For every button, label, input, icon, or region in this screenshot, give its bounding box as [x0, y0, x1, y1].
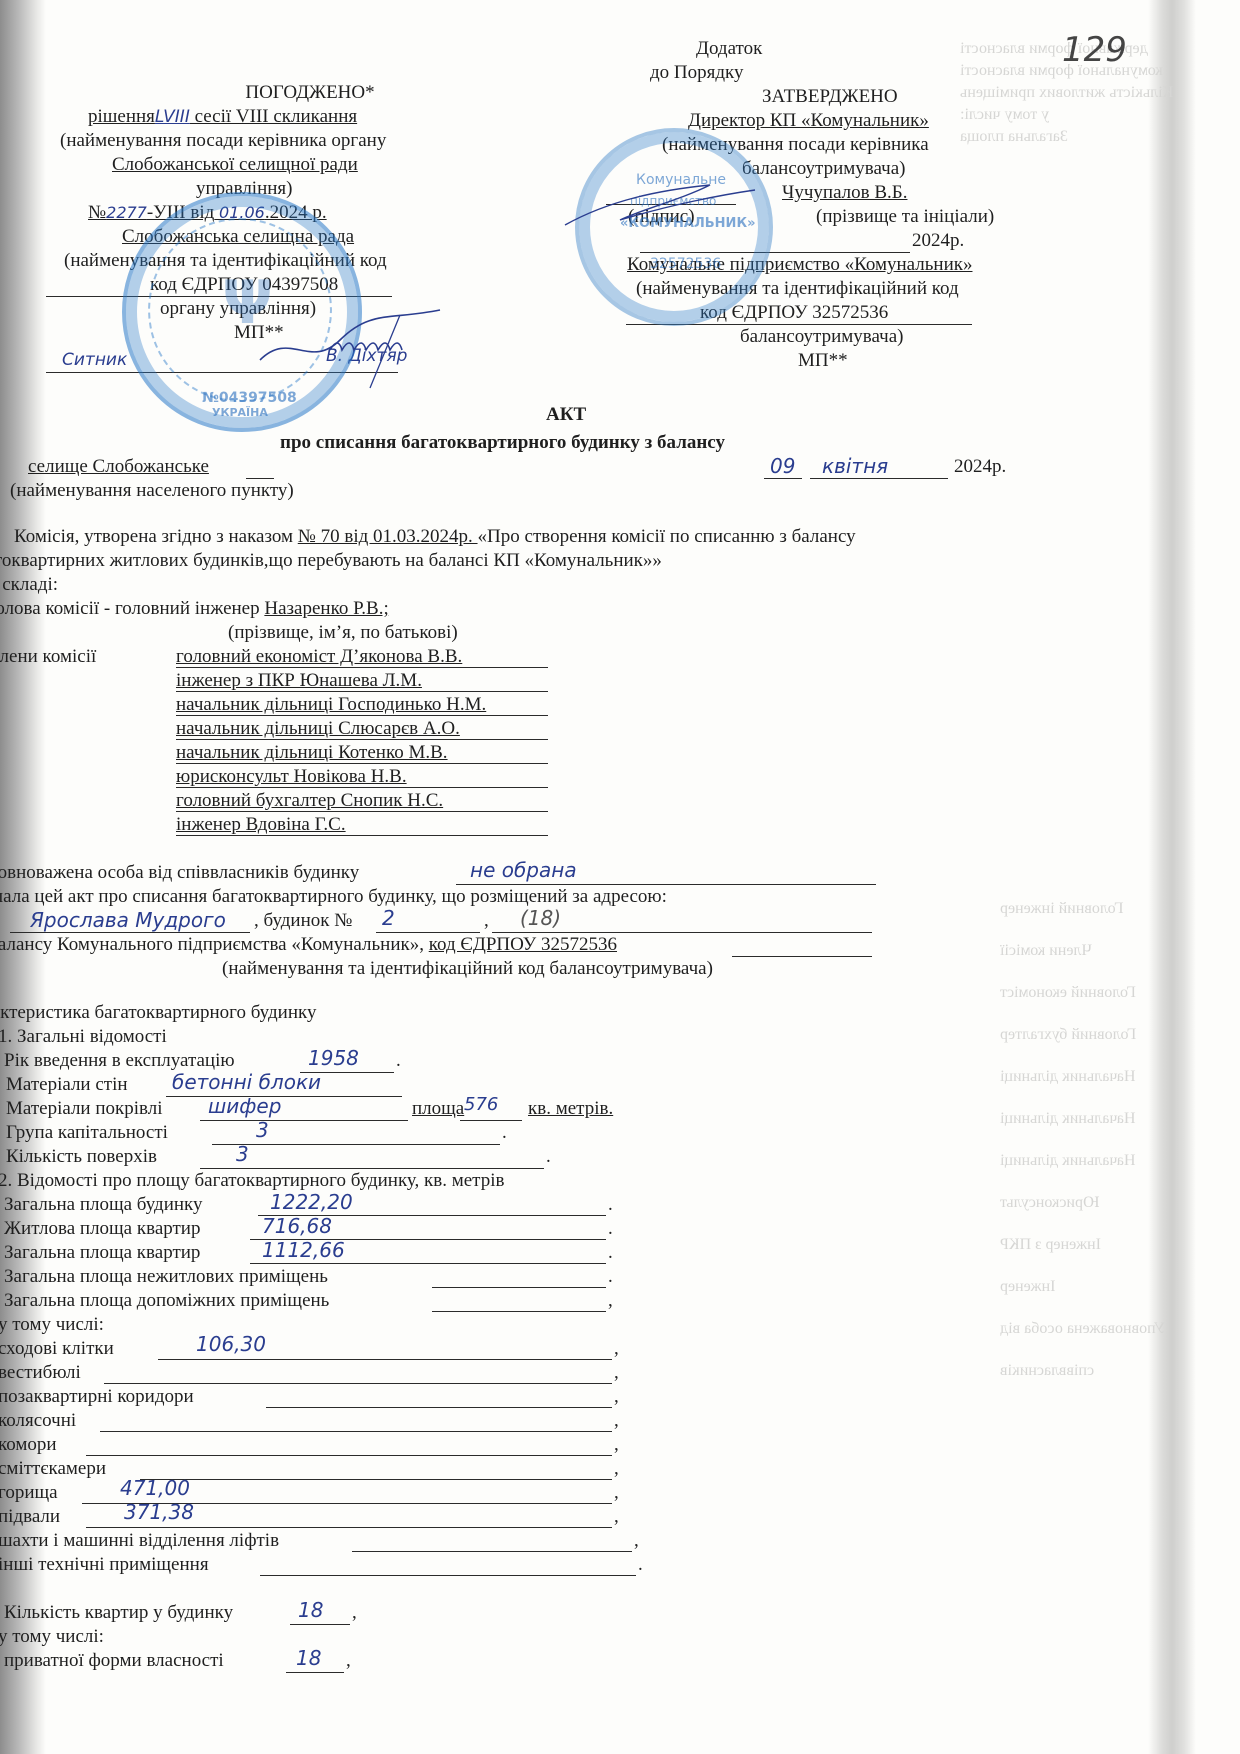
- act-date-year: 2024р.: [954, 456, 1006, 478]
- commission-member-line: [176, 835, 548, 836]
- aux-area-line: [86, 1527, 612, 1528]
- commission-chair: голова комісії - головний інженер Назаре…: [0, 598, 389, 620]
- aux-area-line: [266, 1407, 612, 1408]
- director-position: Директор КП «Комунальник»: [688, 110, 929, 132]
- enterprise-stamp-code: 32572536: [650, 256, 721, 272]
- authorized-person-line: [456, 884, 876, 885]
- agreed-title: ПОГОДЖЕНО*: [160, 82, 460, 104]
- period: .: [502, 1122, 507, 1144]
- act-place-underline: [246, 478, 274, 479]
- area-end-punct: .: [608, 1194, 613, 1216]
- authorized-person-label: уповноважена особа від співвласників буд…: [0, 862, 359, 884]
- council-stamp-country: УКРАЇНА: [212, 406, 268, 419]
- council-stamp-number: №04397508: [202, 390, 297, 406]
- building-label: , будинок №: [254, 910, 352, 932]
- act-date-day-line: [764, 478, 802, 479]
- aux-area-label: шахти і машинні відділення ліфтів: [0, 1530, 279, 1552]
- building-number-line: [376, 932, 480, 933]
- roof-area-unit: кв. метрів.: [528, 1098, 613, 1120]
- comma: ,: [346, 1650, 351, 1672]
- aux-area-value: 106,30: [196, 1332, 266, 1356]
- aux-area-label: підвали: [0, 1506, 60, 1528]
- area-end-punct: .: [608, 1266, 613, 1288]
- aux-area-label: сміттєкамери: [0, 1458, 106, 1480]
- balance-holder-line: з балансу Комунального підприємства «Ком…: [0, 934, 617, 956]
- roof-material-value: шифер: [208, 1094, 281, 1118]
- commission-member: начальник дільниці Котенко М.В.: [176, 742, 448, 764]
- page-number: 129: [1062, 30, 1127, 70]
- including-label-2: у тому числі:: [0, 1626, 104, 1648]
- apartment-count-note: (18): [520, 906, 561, 930]
- aux-area-line: [86, 1455, 612, 1456]
- apartments-count-line: [290, 1624, 350, 1625]
- comma: ,: [352, 1602, 357, 1624]
- commission-member-line: [176, 691, 548, 692]
- area-end-punct: .: [608, 1242, 613, 1264]
- act-subtitle: про списання багатоквартирного будинку з…: [280, 432, 725, 454]
- aux-area-value: 371,38: [124, 1500, 194, 1524]
- aux-end-punct: ,: [634, 1530, 639, 1552]
- address-street: Ярослава Мудрого: [30, 908, 226, 932]
- apartment-note-line: [492, 932, 872, 933]
- commission-member-line: [176, 667, 548, 668]
- commission-member-line: [176, 763, 548, 764]
- decision-line: рішенняLVIII сесії VIII скликання: [88, 106, 357, 128]
- commission-member: начальник дільниці Господинько Н.М.: [176, 694, 486, 716]
- aux-area-label: інші технічні приміщення: [0, 1554, 209, 1576]
- building-comma: ,: [484, 910, 489, 932]
- commission-member-line: [176, 787, 548, 788]
- bleed-line: Члени комісії: [1000, 942, 1092, 960]
- aux-area-label: позаквартирні коридори: [0, 1386, 194, 1408]
- bleed-line: Головний економіст: [1000, 984, 1136, 1002]
- left-signature: Ситник: [62, 350, 127, 370]
- commission-member-line: [176, 715, 548, 716]
- commission-member: інженер Вдовіна Г.С.: [176, 814, 346, 836]
- capital-group-label: Група капітальності: [6, 1122, 168, 1144]
- aux-end-punct: ,: [614, 1386, 619, 1408]
- aux-area-label: комори: [0, 1434, 57, 1456]
- appendix-to: до Порядку: [650, 62, 744, 84]
- aux-end-punct: ,: [614, 1482, 619, 1504]
- section-general: 1. Загальні відомості: [0, 1026, 167, 1048]
- bleed-line: Інженер з ПКР: [1000, 1236, 1101, 1254]
- caption-holder: балансоутримувача): [742, 158, 906, 180]
- aux-area-line: [352, 1551, 632, 1552]
- bleed-line: співвласників: [1000, 1362, 1094, 1380]
- aux-area-label: сходові клітки: [0, 1338, 114, 1360]
- commissioning-year-value: 1958: [308, 1046, 359, 1070]
- area-line: [432, 1311, 606, 1312]
- commission-member: головний економіст Д’яконова В.В.: [176, 646, 462, 668]
- area-label: Загальна площа допоміжних приміщень: [4, 1290, 329, 1312]
- approval-date-year: 2024р.: [912, 230, 964, 252]
- roof-area-line: [460, 1120, 522, 1121]
- aux-area-line: [104, 1383, 612, 1384]
- council-name: Слобожанської селищної ради: [112, 154, 358, 176]
- aux-area-line: [140, 1479, 612, 1480]
- area-line: [432, 1287, 606, 1288]
- area-end-punct: ,: [608, 1290, 613, 1312]
- commission-intro: Комісія, утворена згідно з наказом № 70 …: [14, 526, 856, 548]
- area-label: Загальна площа будинку: [4, 1194, 203, 1216]
- bleed-line: у тому числі:: [960, 106, 1049, 124]
- compiled-line: склала цей акт про списання багатокварти…: [0, 886, 667, 908]
- walls-material-value: бетонні блоки: [172, 1070, 321, 1094]
- authorized-person-value: не обрана: [470, 858, 577, 882]
- period: .: [546, 1146, 551, 1168]
- area-label: Загальна площа нежитлових приміщень: [4, 1266, 328, 1288]
- bleed-line: Інженер: [1000, 1278, 1056, 1296]
- floors-value: 3: [236, 1142, 249, 1166]
- balance-code-line: [732, 956, 872, 957]
- aux-end-punct: .: [638, 1554, 643, 1576]
- appendix-label: Додаток: [696, 38, 762, 60]
- signature-scribble-left: [250, 300, 450, 390]
- private-ownership-label: приватної форми власності: [4, 1650, 224, 1672]
- caption-holder-2: балансоутримувача): [740, 326, 904, 348]
- caption-position: (найменування посади керівника органу: [60, 130, 386, 152]
- apartments-count-value: 18: [298, 1598, 323, 1622]
- bleed-line: Головний інженер: [1000, 900, 1123, 918]
- capital-group-value: 3: [256, 1118, 269, 1142]
- commission-members-label: члени комісії: [0, 646, 96, 668]
- aux-area-line: [260, 1575, 636, 1576]
- commission-member-line: [176, 811, 548, 812]
- private-ownership-value: 18: [296, 1646, 321, 1670]
- commission-member: начальник дільниці Слюсарєв А.О.: [176, 718, 460, 740]
- commissioning-year-label: Рік введення в експлуатацію: [4, 1050, 235, 1072]
- aux-end-punct: ,: [614, 1506, 619, 1528]
- commission-chair-caption: (прізвище, ім’я, по батькові): [228, 622, 458, 644]
- building-number: 2: [382, 906, 395, 930]
- aux-area-label: вестибюлі: [0, 1362, 81, 1384]
- roof-material-line: [200, 1120, 408, 1121]
- director-name: Чучупалов В.Б.: [782, 182, 907, 204]
- aux-end-punct: ,: [614, 1410, 619, 1432]
- aux-end-punct: ,: [614, 1434, 619, 1456]
- approved-title: ЗАТВЕРДЖЕНО: [762, 86, 898, 108]
- aux-end-punct: ,: [614, 1362, 619, 1384]
- apartments-count-label: Кількість квартир у будинку: [4, 1602, 233, 1624]
- private-ownership-line: [286, 1672, 344, 1673]
- commission-intro-line2: багатоквартирних житлових будинків,що пе…: [0, 550, 662, 572]
- including-label: у тому числі:: [0, 1314, 104, 1336]
- capital-group-line: [212, 1144, 500, 1145]
- caption-name: (прізвище та ініціали): [816, 206, 994, 228]
- aux-area-label: горища: [0, 1482, 58, 1504]
- bleed-line: Уповноважена особа від: [1000, 1320, 1166, 1338]
- characteristics-heading: Характеристика багатоквартирного будинку: [0, 1002, 316, 1024]
- address-street-line: [10, 932, 250, 933]
- floors-line: [200, 1168, 544, 1169]
- bleed-line: Головний бухгалтер: [1000, 1026, 1136, 1044]
- area-value: 1112,66: [262, 1238, 345, 1262]
- aux-end-punct: ,: [614, 1338, 619, 1360]
- walls-material-line: [166, 1096, 402, 1097]
- roof-area-label: площа: [412, 1098, 464, 1120]
- act-title: АКТ: [546, 404, 586, 426]
- bleed-line: Юрисконсульт: [1000, 1194, 1099, 1212]
- area-label: Житлова площа квартир: [4, 1218, 200, 1240]
- roof-material-label: Матеріали покрівлі: [6, 1098, 163, 1120]
- aux-end-punct: ,: [614, 1458, 619, 1480]
- commission-member: інженер з ПКР Юнашева Л.М.: [176, 670, 422, 692]
- area-value: 716,68: [262, 1214, 332, 1238]
- section-area: 2. Відомості про площу багатоквартирного…: [0, 1170, 504, 1192]
- commission-member: головний бухгалтер Снопик Н.С.: [176, 790, 443, 812]
- floors-label: Кількість поверхів: [6, 1146, 157, 1168]
- act-place: селище Слобожанське: [28, 456, 209, 478]
- right-seal-label: МП**: [798, 350, 848, 372]
- signature-scribble-right: [560, 180, 760, 240]
- bleed-line: Начальник дільниці: [1000, 1152, 1135, 1170]
- scan-shadow-right: [1148, 0, 1196, 1754]
- act-date-month: квітня: [822, 454, 888, 478]
- commission-member-line: [176, 739, 548, 740]
- balance-holder-caption: (найменування та ідентифікаційний код ба…: [222, 958, 713, 980]
- period: .: [396, 1050, 401, 1072]
- commission-member: юрисконсульт Новікова Н.В.: [176, 766, 407, 788]
- area-line: [250, 1263, 606, 1264]
- act-date-month-line: [810, 478, 948, 479]
- act-date-day: 09: [770, 454, 795, 478]
- area-value: 1222,20: [270, 1190, 353, 1214]
- act-place-caption: (найменування населеного пункту): [10, 480, 294, 502]
- bleed-line: Загальна площа: [960, 128, 1068, 146]
- roof-area-value: 576: [464, 1094, 498, 1115]
- bleed-line: Кількість житлових приміщень: [960, 84, 1173, 102]
- aux-area-line: [100, 1431, 612, 1432]
- commission-composition: у складі:: [0, 574, 58, 596]
- bleed-line: Начальник дільниці: [1000, 1110, 1135, 1128]
- walls-material-label: Матеріали стін: [6, 1074, 128, 1096]
- bleed-line: Начальник дільниці: [1000, 1068, 1135, 1086]
- aux-area-value: 471,00: [120, 1476, 190, 1500]
- aux-area-line: [158, 1359, 612, 1360]
- area-label: Загальна площа квартир: [4, 1242, 200, 1264]
- area-end-punct: .: [608, 1218, 613, 1240]
- aux-area-label: колясочні: [0, 1410, 76, 1432]
